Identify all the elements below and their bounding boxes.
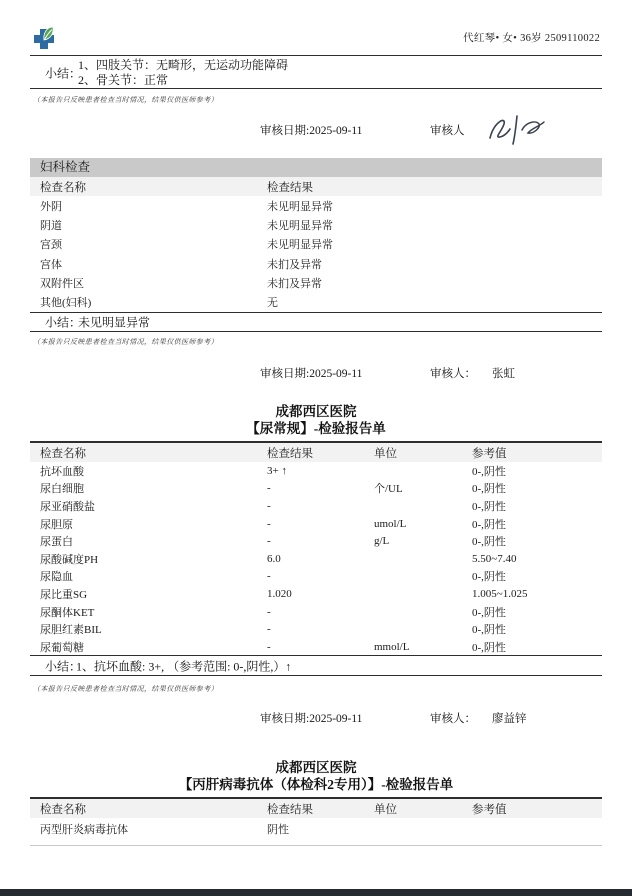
- urine-report-title: 【尿常规】-检验报告单: [0, 417, 632, 437]
- divider: [30, 331, 602, 332]
- table-row: 尿蛋白 - g/L 0-,阴性: [30, 532, 602, 550]
- urine-col-unit: 单位: [374, 445, 397, 461]
- gyn-summary: 小结： 未见明显异常: [30, 313, 602, 331]
- medical-report-page: 代红琴• 女• 36岁 2509110022 小结： 1、四肢关节：无畸形，无运…: [0, 0, 632, 896]
- reviewer-label: 审核人：: [430, 710, 476, 726]
- page-footer-strip: [0, 889, 632, 896]
- summary-label: 小结：: [45, 64, 81, 81]
- urine-summary: 小结： 1、抗坏血酸: 3+, （参考范围: 0-,阴性,）↑: [30, 656, 602, 675]
- review-date: 审核日期:2025-09-11: [260, 365, 362, 381]
- ortho-summary-line-2: 2、骨关节：正常: [78, 73, 288, 88]
- reviewer-name: 张虹: [492, 365, 515, 381]
- gyn-section-header: 妇科检查: [30, 158, 602, 177]
- hcv-col-unit: 单位: [374, 801, 397, 817]
- table-row: 尿比重SG 1.020 1.005~1.025: [30, 585, 602, 603]
- hcv-report-title: 【丙肝病毒抗体（体检科2专用）】-检验报告单: [0, 773, 632, 793]
- hcv-table: 丙型肝炎病毒抗体 阴性: [30, 820, 602, 838]
- gyn-col-result: 检查结果: [267, 179, 313, 195]
- urine-col-name: 检查名称: [40, 445, 86, 461]
- urine-col-ref: 参考值: [472, 445, 507, 461]
- table-row: 双附件区 未扪及异常: [30, 273, 602, 292]
- table-row: 宫颈 未见明显异常: [30, 235, 602, 254]
- ortho-summary-line-1: 1、四肢关节：无畸形，无运动功能障碍: [78, 58, 288, 73]
- divider: [30, 55, 602, 56]
- table-row: 丙型肝炎病毒抗体 阴性: [30, 820, 602, 838]
- table-row: 抗坏血酸 3+ ↑ 0-,阴性: [30, 462, 602, 480]
- ortho-summary: 小结： 1、四肢关节：无畸形，无运动功能障碍 2、骨关节：正常: [30, 57, 602, 88]
- review-date: 审核日期:2025-09-11: [260, 122, 362, 138]
- gyn-table-header: 检查名称 检查结果: [30, 177, 602, 196]
- reviewer-label: 审核人：: [430, 365, 476, 381]
- urine-col-result: 检查结果: [267, 445, 313, 461]
- urine-summary-text: 1、抗坏血酸: 3+, （参考范围: 0-,阴性,）↑: [76, 657, 291, 674]
- table-row: 尿隐血 - 0-,阴性: [30, 568, 602, 586]
- summary-label: 小结：: [45, 314, 81, 331]
- gyn-table: 外阴 未见明显异常 阴道 未见明显异常 宫颈 未见明显异常 宫体 未扪及异常 双…: [30, 196, 602, 312]
- gyn-col-name: 检查名称: [40, 179, 86, 195]
- table-row: 阴道 未见明显异常: [30, 215, 602, 234]
- urine-table: 抗坏血酸 3+ ↑ 0-,阴性 尿白细胞 - 个/UL 0-,阴性 尿亚硝酸盐 …: [30, 462, 602, 656]
- table-row: 尿酮体KET - 0-,阴性: [30, 603, 602, 621]
- table-row: 尿亚硝酸盐 - 0-,阴性: [30, 497, 602, 515]
- gyn-section-title: 妇科检查: [40, 160, 90, 174]
- gyn-summary-text: 未见明显异常: [78, 314, 150, 331]
- divider: [30, 845, 602, 846]
- disclaimer-note: （本报告只反映患者检查当时情况，结果仅供医师参考）: [33, 337, 218, 347]
- reviewer-name: 廖益锌: [492, 710, 527, 726]
- divider: [30, 675, 602, 676]
- review-line-ortho: 审核日期:2025-09-11 审核人: [0, 122, 632, 142]
- table-row: 尿胆红素BIL - 0-,阴性: [30, 620, 602, 638]
- hcv-col-ref: 参考值: [472, 801, 507, 817]
- reviewer-signature: [484, 108, 548, 150]
- table-row: 外阴 未见明显异常: [30, 196, 602, 215]
- table-row: 尿葡萄糖 - mmol/L 0-,阴性: [30, 638, 602, 656]
- urine-table-header: 检查名称 检查结果 单位 参考值: [30, 443, 602, 462]
- hcv-col-result: 检查结果: [267, 801, 313, 817]
- review-date: 审核日期:2025-09-11: [260, 710, 362, 726]
- hcv-col-name: 检查名称: [40, 801, 86, 817]
- divider: [30, 88, 602, 89]
- review-line-urine: 审核日期:2025-09-11 审核人： 廖益锌: [0, 710, 632, 730]
- disclaimer-note: （本报告只反映患者检查当时情况，结果仅供医师参考）: [33, 684, 218, 694]
- table-row: 其他(妇科) 无: [30, 292, 602, 311]
- reviewer-label: 审核人: [430, 122, 465, 138]
- table-row: 尿胆原 - umol/L 0-,阴性: [30, 515, 602, 533]
- review-line-gyn: 审核日期:2025-09-11 审核人： 张虹: [0, 365, 632, 385]
- disclaimer-note: （本报告只反映患者检查当时情况，结果仅供医师参考）: [33, 95, 218, 105]
- hcv-table-header: 检查名称 检查结果 单位 参考值: [30, 799, 602, 818]
- hospital-logo-icon: [31, 26, 59, 54]
- table-row: 尿白细胞 - 个/UL 0-,阴性: [30, 480, 602, 498]
- table-row: 宫体 未扪及异常: [30, 254, 602, 273]
- patient-info: 代红琴• 女• 36岁 2509110022: [463, 30, 600, 45]
- table-row: 尿酸碱度PH 6.0 5.50~7.40: [30, 550, 602, 568]
